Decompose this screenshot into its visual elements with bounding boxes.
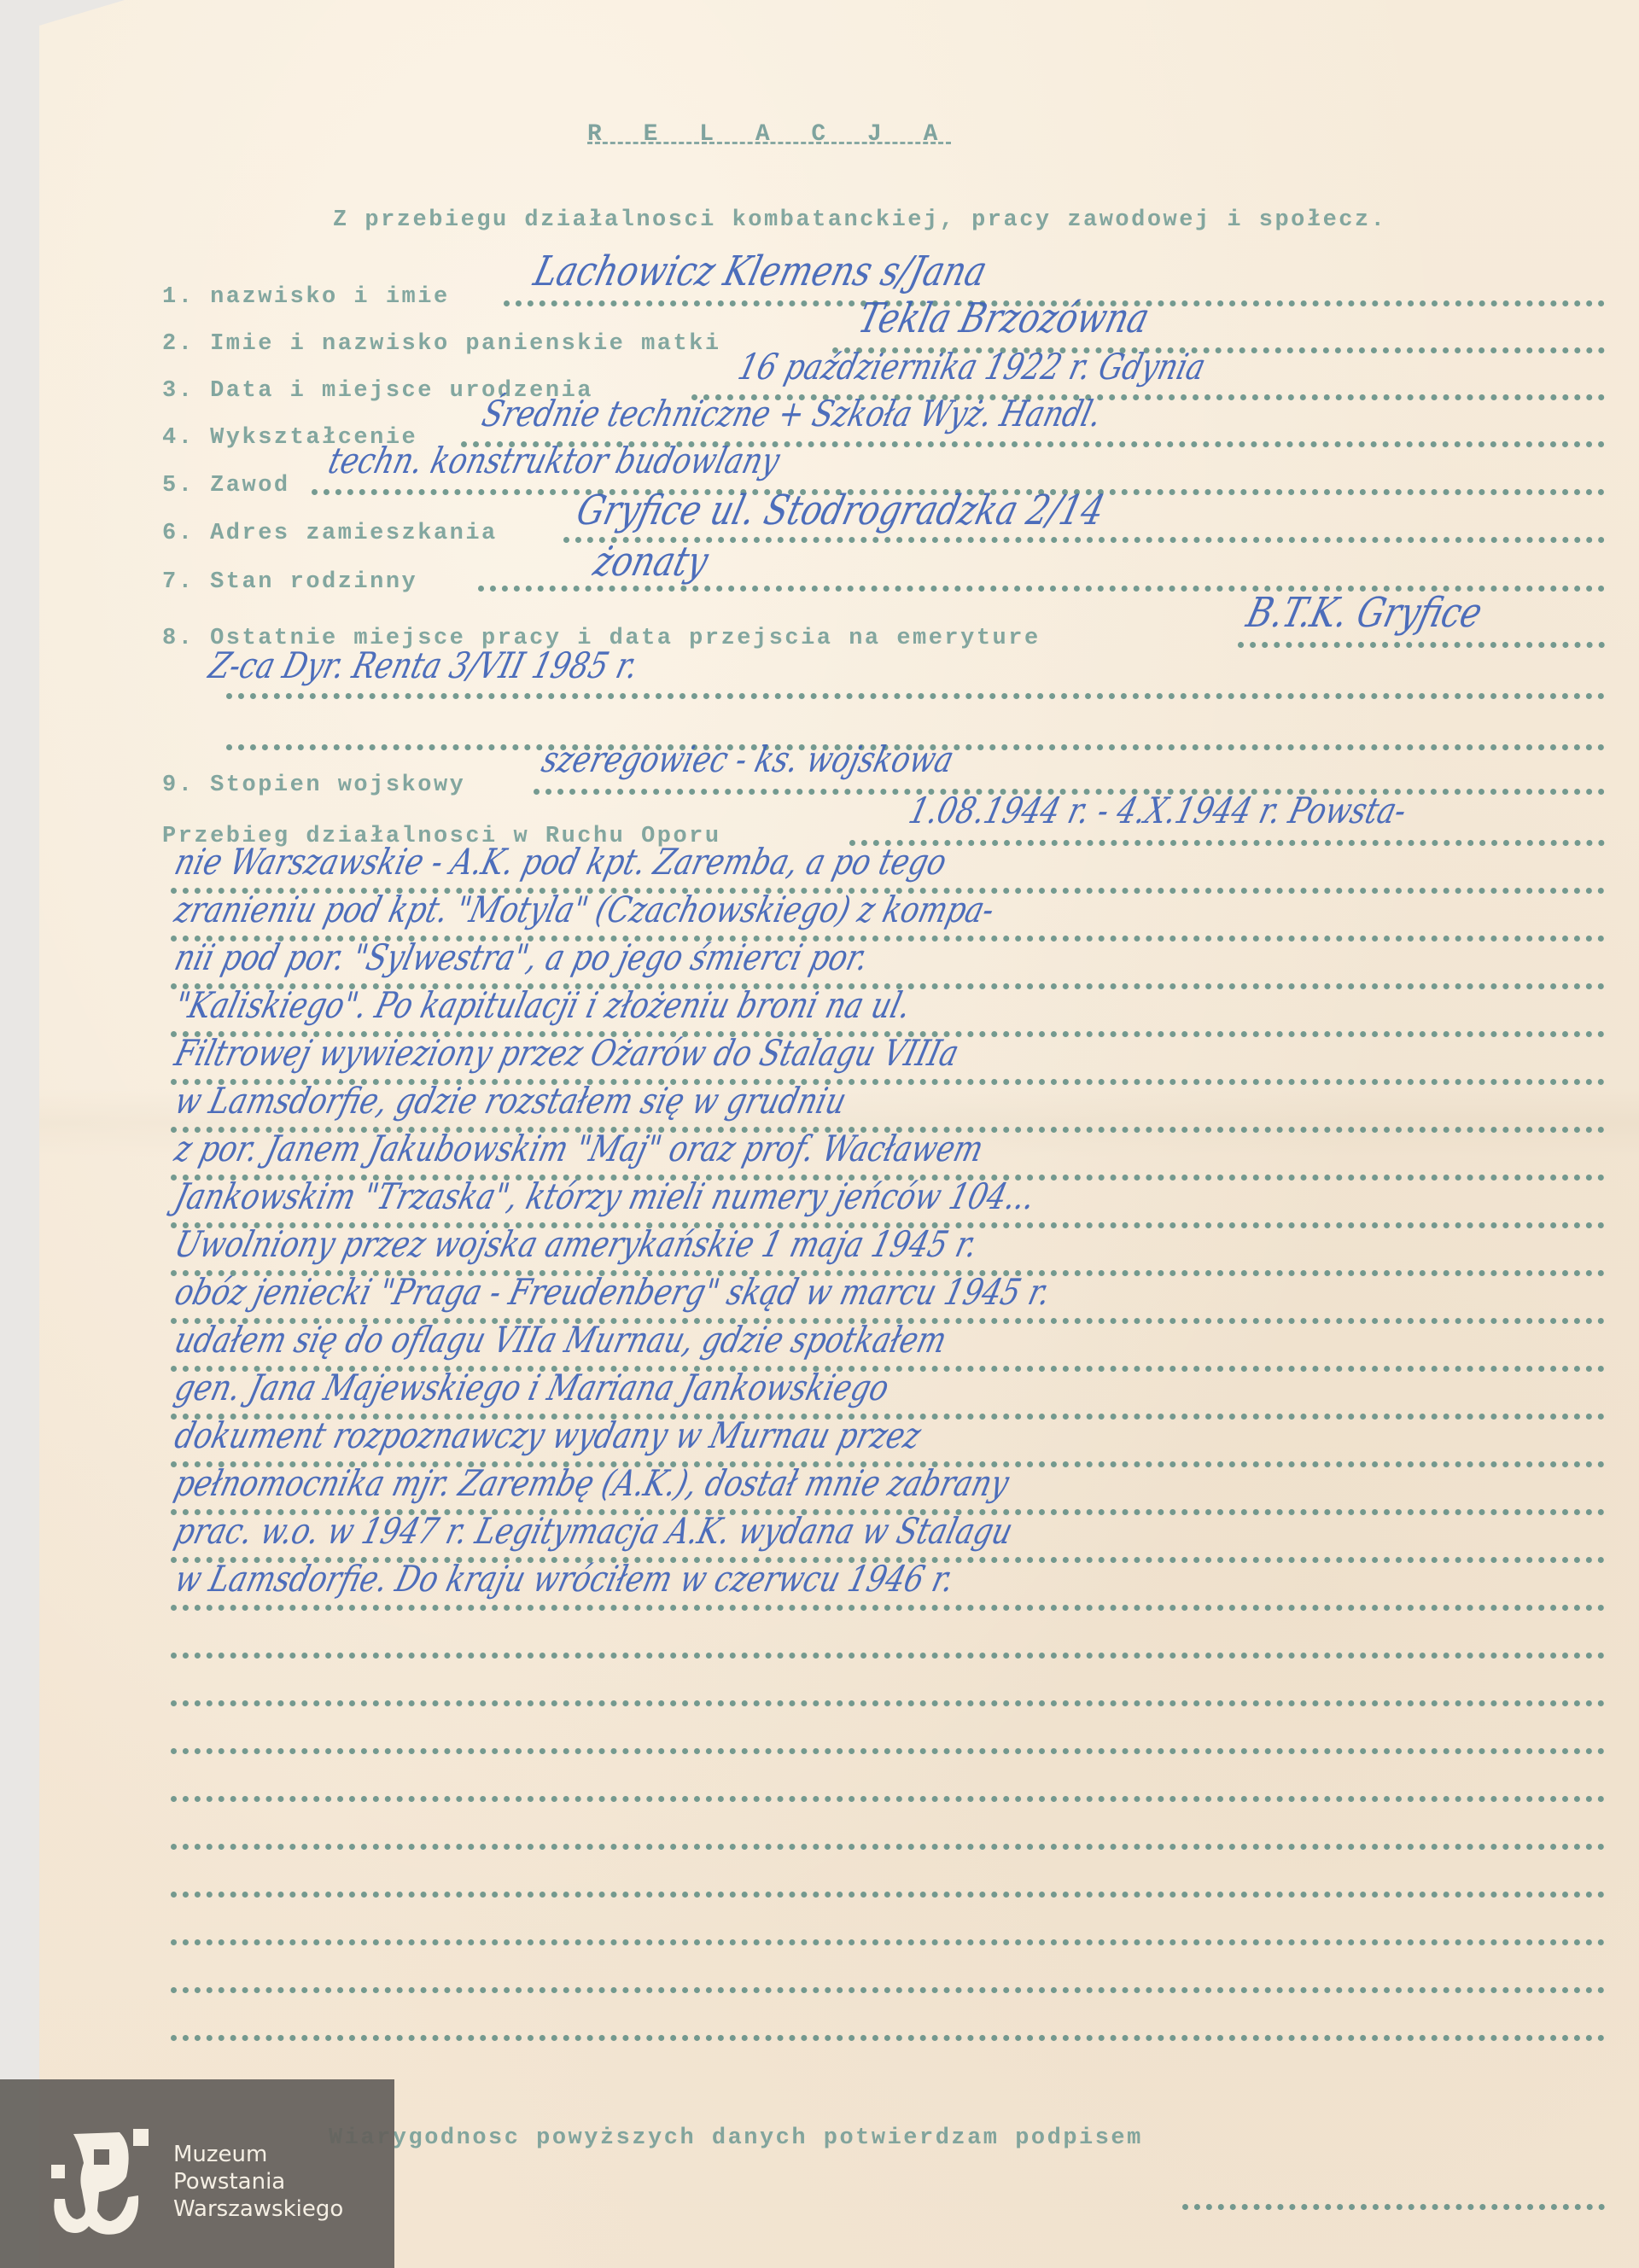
field-dotted-line	[171, 1175, 1605, 1181]
museum-watermark: Muzeum Powstania Warszawskiego	[0, 2079, 394, 2268]
kotwica-anchor-icon	[51, 2129, 162, 2238]
field-value-birth: 16 października 1922 r. Gdynia	[734, 346, 1210, 388]
field-label-military-rank: 9. Stopien wojskowy	[162, 773, 465, 798]
field-dotted-line	[171, 1605, 1605, 1611]
document-title: R E L A C J A	[587, 121, 951, 148]
document-subtitle: Z przebiegu działalnosci kombatanckiej, …	[333, 207, 1386, 233]
field-dotted-line	[171, 1892, 1605, 1898]
narrative-line: gen. Jana Majewskiego i Mariana Jankowsk…	[171, 1367, 893, 1408]
field-label-profession: 5. Zawod	[162, 473, 290, 498]
narrative-line: udałem się do oflagu VIIa Murnau, gdzie …	[171, 1319, 951, 1361]
narrative-line: Filtrowej wywieziony przez Ożarów do Sta…	[171, 1032, 963, 1074]
field-dotted-line	[171, 1079, 1605, 1085]
field-dotted-line	[171, 936, 1605, 942]
field-dotted-line	[226, 693, 1605, 699]
field-dotted-line	[171, 1127, 1605, 1133]
narrative-line: "Kaliskiego". Po kapitulacji i złożeniu …	[171, 984, 915, 1026]
field-label-surname: 1. nazwisko i imie	[162, 284, 450, 310]
field-dotted-line	[171, 1939, 1605, 1945]
field-dotted-line	[849, 840, 1605, 846]
museum-name: Muzeum Powstania Warszawskiego	[173, 2141, 343, 2223]
field-value-profession: techn. konstruktor budowlany	[324, 440, 784, 481]
field-dotted-line	[171, 1318, 1605, 1324]
field-label-address: 6. Adres zamieszkania	[162, 521, 498, 546]
narrative-line: Uwolniony przez wojska amerykańskie 1 ma…	[171, 1223, 982, 1265]
field-value-marital-status: żonaty	[589, 538, 713, 586]
field-value-last-workplace: B.T.K. Gryfice	[1242, 589, 1487, 637]
narrative-line: nii pod por. "Sylwestra", a po jego śmie…	[171, 936, 872, 978]
field-dotted-line	[171, 1270, 1605, 1276]
field-value-mother-name: Tekla Brzozówna	[854, 294, 1154, 342]
narrative-line: dokument rozpoznawczy wydany w Murnau pr…	[171, 1414, 925, 1456]
museum-name-line: Warszawskiego	[173, 2195, 343, 2223]
field-value-address: Gryfice ul. Stodrogradzka 2/14	[572, 487, 1109, 534]
signature-line	[1182, 2204, 1605, 2210]
narrative-line: w Lamsdorfie, gdzie rozstałem się w grud…	[171, 1080, 851, 1122]
field-dotted-line	[171, 888, 1605, 894]
field-dotted-line	[171, 1748, 1605, 1754]
field-dotted-line	[171, 2035, 1605, 2041]
field-value-surname: Lachowicz Klemens s/Jana	[529, 248, 992, 295]
field-dotted-line	[171, 1461, 1605, 1467]
field-dotted-line	[171, 1987, 1605, 1993]
field-value-education: Średnie techniczne + Szkoła Wyż. Handl.	[478, 393, 1106, 434]
resistance-first-line: 1.08.1944 r. - 4.X.1944 r. Powsta-	[905, 790, 1411, 831]
narrative-line: obóz jeniecki "Praga - Freudenberg" skąd…	[171, 1271, 1055, 1313]
field-label-mother-name: 2. Imie i nazwisko panienskie matki	[162, 331, 721, 357]
museum-name-line: Muzeum	[173, 2141, 343, 2168]
field-dotted-line	[171, 1414, 1605, 1420]
field-value-last-workplace-continued: Z-ca Dyr. Renta 3/VII 1985 r.	[205, 644, 643, 686]
field-dotted-line	[171, 1557, 1605, 1563]
narrative-line: pełnomocnika mjr. Zarembę (A.K.), dostał…	[171, 1462, 1013, 1504]
field-dotted-line	[171, 1844, 1605, 1850]
field-dotted-line	[171, 1222, 1605, 1228]
narrative-line: nie Warszawskie - A.K. pod kpt. Zaremba,…	[171, 841, 951, 883]
field-dotted-line	[171, 983, 1605, 989]
field-dotted-line	[171, 1031, 1605, 1037]
field-value-military-rank: szeregowiec - ks. wojskowa	[538, 738, 958, 780]
museum-name-line: Powstania	[173, 2168, 343, 2195]
narrative-line: w Lamsdorfie. Do kraju wróciłem w czerwc…	[171, 1558, 959, 1600]
field-dotted-line	[563, 537, 1605, 543]
narrative-line: prac. w.o. w 1947 r. Legitymacja A.K. wy…	[171, 1510, 1017, 1552]
field-dotted-line	[171, 1700, 1605, 1706]
narrative-line: zranieniu pod kpt. "Motyla" (Czachowskie…	[171, 889, 999, 930]
attestation-text: Wiarygodnosc powyższych danych potwierdz…	[329, 2125, 1143, 2151]
narrative-line: z por. Janem Jakubowskim "Maj" oraz prof…	[171, 1128, 988, 1169]
narrative-line: Jankowskim "Trzaska", którzy mieli numer…	[171, 1175, 1040, 1217]
field-dotted-line	[171, 1796, 1605, 1802]
field-dotted-line	[171, 1366, 1605, 1372]
field-label-marital-status: 7. Stan rodzinny	[162, 569, 417, 595]
field-dotted-line	[171, 1509, 1605, 1515]
field-dotted-line	[171, 1653, 1605, 1659]
field-dotted-line	[1238, 642, 1605, 648]
